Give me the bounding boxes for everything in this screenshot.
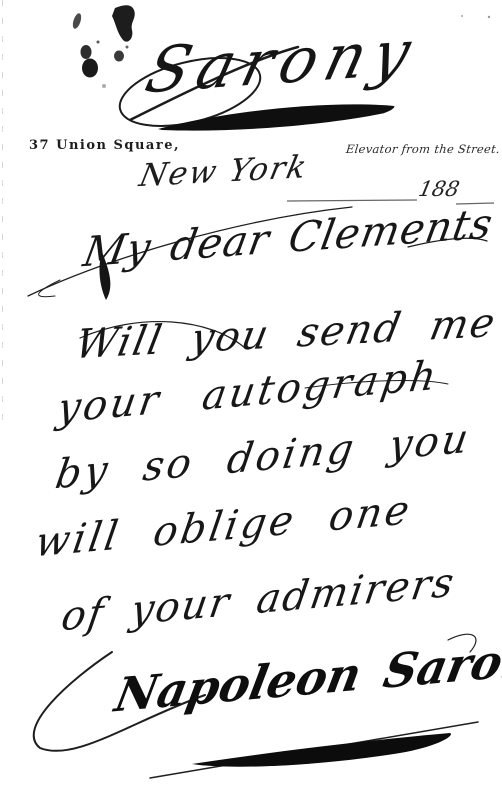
year-prefix: 188: [416, 177, 461, 201]
letter-page: Sarony 37 Union Square, Elevator from th…: [0, 0, 502, 799]
address-text: 37 Union Square,: [29, 138, 180, 153]
paper-speck: [488, 16, 490, 18]
date-blank-line: [287, 200, 417, 201]
logo-swash: [158, 104, 394, 130]
signature-swash: [192, 733, 451, 767]
elevator-note: Elevator from the Street.: [345, 142, 501, 156]
paper-speck: [461, 15, 463, 17]
ink-blot: [71, 5, 135, 88]
